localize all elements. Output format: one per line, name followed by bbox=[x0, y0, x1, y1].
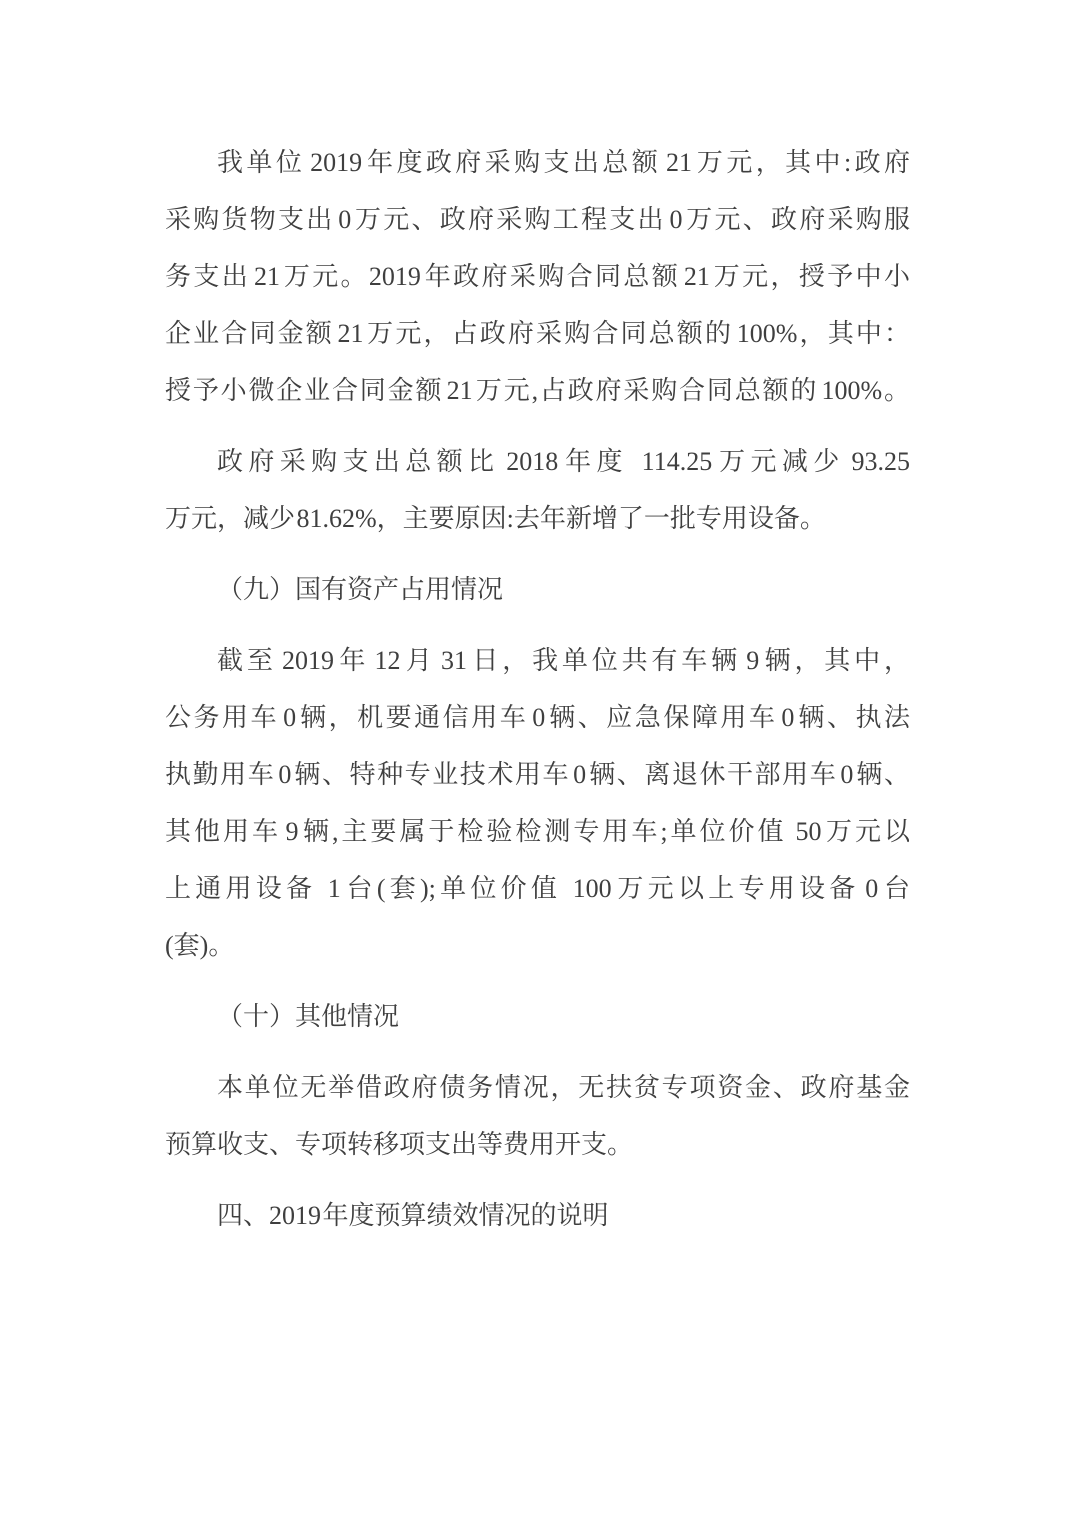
text-line: 政府采购支出总额比 2018 年度 114.25 万元减少 93.25 bbox=[165, 433, 910, 490]
paragraph-state-assets: 截至 2019 年 12 月 31 日，我单位共有车辆 9 辆，其中， 公务用车… bbox=[165, 632, 910, 974]
text-line: 截至 2019 年 12 月 31 日，我单位共有车辆 9 辆，其中， bbox=[165, 632, 910, 689]
text-line: 采购货物支出 0 万元、政府采购工程支出 0 万元、政府采购服 bbox=[165, 191, 910, 248]
text-line: 万元，减少 81.62%，主要原因:去年新增了一批专用设备。 bbox=[165, 490, 910, 547]
text-line: 上通用设备 1 台(套);单位价值 100 万元以上专用设备 0 台 bbox=[165, 860, 910, 917]
text-line: 公务用车 0 辆，机要通信用车 0 辆、应急保障用车 0 辆、执法 bbox=[165, 689, 910, 746]
text-line: 执勤用车 0 辆、特种专业技术用车 0 辆、离退休干部用车 0 辆、 bbox=[165, 746, 910, 803]
heading-line: 四、2019 年度预算绩效情况的说明 bbox=[165, 1187, 910, 1244]
text-line: 授予小微企业合同金额 21 万元,占政府采购合同总额的 100%。 bbox=[165, 362, 910, 419]
text-line: 我单位 2019 年度政府采购支出总额 21 万元，其中:政府 bbox=[165, 134, 910, 191]
paragraph-gov-procurement-total: 我单位 2019 年度政府采购支出总额 21 万元，其中:政府 采购货物支出 0… bbox=[165, 134, 910, 419]
paragraph-other-situation: 本单位无举借政府债务情况，无扶贫专项资金、政府基金 预算收支、专项转移项支出等费… bbox=[165, 1059, 910, 1173]
text-line: 务支出 21 万元。2019 年政府采购合同总额 21 万元，授予中小 bbox=[165, 248, 910, 305]
heading-section-ten: （十）其他情况 bbox=[165, 988, 910, 1045]
heading-section-nine: （九）国有资产占用情况 bbox=[165, 561, 910, 618]
text-line: 企业合同金额 21 万元，占政府采购合同总额的 100%，其中： bbox=[165, 305, 910, 362]
heading-line: （十）其他情况 bbox=[165, 988, 910, 1045]
heading-line: （九）国有资产占用情况 bbox=[165, 561, 910, 618]
text-line: 其他用车 9 辆,主要属于检验检测专用车;单位价值 50 万元以 bbox=[165, 803, 910, 860]
document-page: 我单位 2019 年度政府采购支出总额 21 万元，其中:政府 采购货物支出 0… bbox=[0, 0, 1074, 1520]
paragraph-procurement-comparison: 政府采购支出总额比 2018 年度 114.25 万元减少 93.25 万元，减… bbox=[165, 433, 910, 547]
text-line: (套)。 bbox=[165, 917, 910, 974]
text-line: 本单位无举借政府债务情况，无扶贫专项资金、政府基金 bbox=[165, 1059, 910, 1116]
heading-section-four-performance: 四、2019 年度预算绩效情况的说明 bbox=[165, 1187, 910, 1244]
text-line: 预算收支、专项转移项支出等费用开支。 bbox=[165, 1116, 910, 1173]
